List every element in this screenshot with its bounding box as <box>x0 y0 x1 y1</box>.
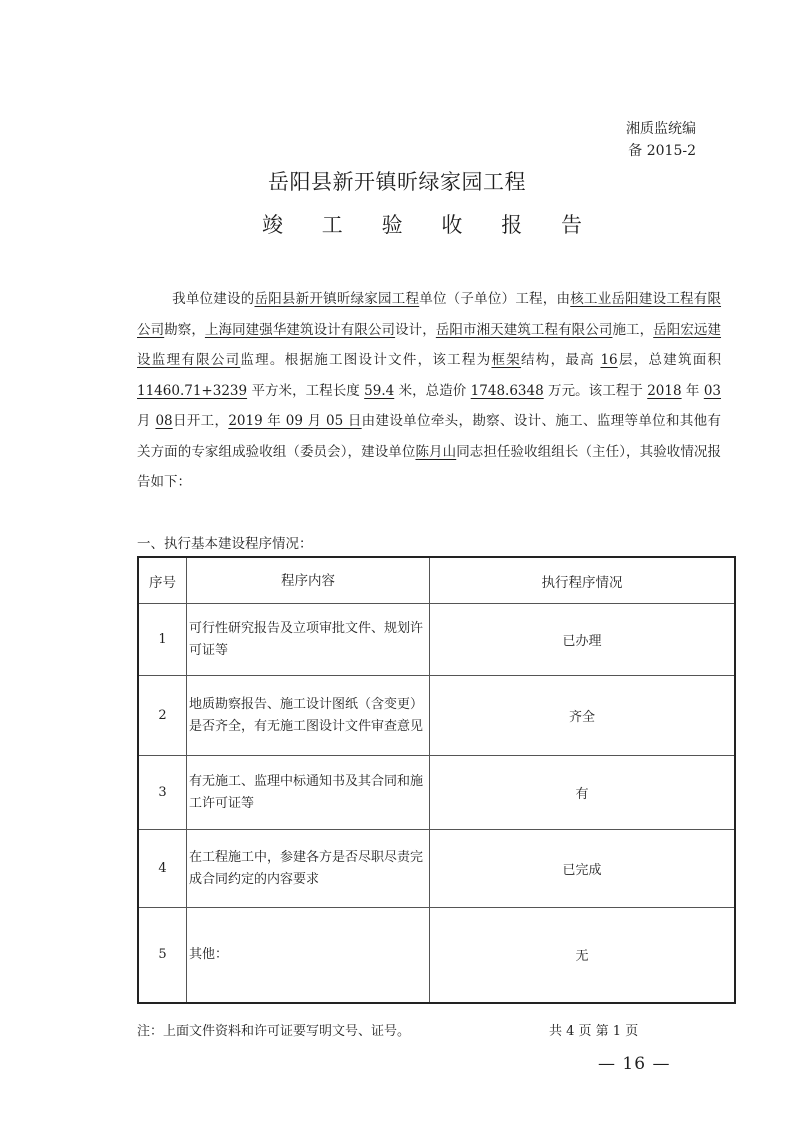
report-title: 竣 工 验 收 报 告 <box>262 209 582 239</box>
row-status: 已完成 <box>430 830 736 908</box>
section-heading: 一、执行基本建设程序情况： <box>137 532 313 552</box>
start-month: 03 <box>704 383 721 399</box>
table-row: 1 可行性研究报告及立项审批文件、规划许可证等 已办理 <box>138 604 735 676</box>
form-code-line1: 湘质监统编 <box>626 118 696 140</box>
col-header-status: 执行程序情况 <box>430 557 736 604</box>
form-code-line2: 备 2015-2 <box>626 140 696 162</box>
project-name: 岳阳县新开镇昕绿家园工程 <box>254 291 419 307</box>
text: 日开工， <box>173 413 229 429</box>
text: 米，总造价 <box>399 383 467 399</box>
construction-company: 岳阳市湘天建筑工程有限公司 <box>436 322 613 338</box>
finish-date: 2019 年 09 月 05 日 <box>228 413 361 429</box>
report-title-char: 工 <box>322 209 343 239</box>
procedure-table: 序号 程序内容 执行程序情况 1 可行性研究报告及立项审批文件、规划许可证等 已… <box>137 556 736 1004</box>
row-no: 5 <box>138 908 187 1003</box>
start-day: 08 <box>155 413 172 429</box>
row-status: 已办理 <box>430 604 736 676</box>
project-length: 59.4 <box>364 383 394 399</box>
form-code: 湘质监统编 备 2015-2 <box>626 118 696 162</box>
table-header-row: 序号 程序内容 执行程序情况 <box>138 557 735 604</box>
table-row: 3 有无施工、监理中标通知书及其合同和施工许可证等 有 <box>138 756 735 830</box>
report-title-char: 报 <box>501 209 522 239</box>
table-row: 2 地质勘察报告、施工设计图纸（含变更）是否齐全，有无施工图设计文件审查意见 齐… <box>138 676 735 756</box>
row-content: 有无施工、监理中标通知书及其合同和施工许可证等 <box>187 756 430 830</box>
team-leader: 陈月山 <box>415 444 456 460</box>
text: 监理。根据施工图设计文件，该工程为 <box>240 352 491 368</box>
text: 施工， <box>612 322 653 338</box>
intro-paragraph: 我单位建设的岳阳县新开镇昕绿家园工程单位（子单位）工程，由核工业岳阳建设工程有限… <box>137 284 721 498</box>
row-status: 齐全 <box>430 676 736 756</box>
text: 万元。该工程于 <box>548 383 643 399</box>
total-cost: 1748.6348 <box>471 383 544 399</box>
text: 结构，最高 <box>521 352 595 368</box>
text: 我单位建设的 <box>172 291 254 307</box>
row-status: 有 <box>430 756 736 830</box>
row-no: 4 <box>138 830 187 908</box>
report-title-char: 收 <box>441 209 462 239</box>
report-title-char: 验 <box>382 209 403 239</box>
project-title: 岳阳县新开镇昕绿家园工程 <box>0 166 794 196</box>
row-no: 1 <box>138 604 187 676</box>
page-number: — 16 — <box>598 1054 670 1074</box>
report-title-char: 告 <box>561 209 582 239</box>
start-year: 2018 <box>647 383 681 399</box>
structure-type: 框架 <box>491 352 521 368</box>
row-content: 在工程施工中，参建各方是否尽职尽责完成合同约定的内容要求 <box>187 830 430 908</box>
row-content: 地质勘察报告、施工设计图纸（含变更）是否齐全，有无施工图设计文件审查意见 <box>187 676 430 756</box>
col-header-content: 程序内容 <box>187 557 430 604</box>
col-header-no: 序号 <box>138 557 187 604</box>
building-area: 11460.71+3239 <box>137 383 247 399</box>
row-content: 其他： <box>187 908 430 1003</box>
text: 勘察， <box>164 322 205 338</box>
text: 层，总建筑面积 <box>618 352 721 368</box>
row-content: 可行性研究报告及立项审批文件、规划许可证等 <box>187 604 430 676</box>
floor-count: 16 <box>600 352 617 368</box>
text: 月 <box>137 413 151 429</box>
page-count: 共 4 页 第 1 页 <box>549 1020 638 1039</box>
table-row: 5 其他： 无 <box>138 908 735 1003</box>
row-no: 3 <box>138 756 187 830</box>
text: 单位（子单位）工程，由 <box>419 291 570 307</box>
text: 年 <box>686 383 700 399</box>
text: 设计， <box>395 322 436 338</box>
design-company: 上海同建强华建筑设计有限公司 <box>205 322 395 338</box>
row-status: 无 <box>430 908 736 1003</box>
text: 平方米，工程长度 <box>251 383 359 399</box>
footnote: 注：上面文件资料和许可证要写明文号、证号。 <box>137 1020 410 1039</box>
table-row: 4 在工程施工中，参建各方是否尽职尽责完成合同约定的内容要求 已完成 <box>138 830 735 908</box>
row-no: 2 <box>138 676 187 756</box>
report-title-char: 竣 <box>262 209 283 239</box>
